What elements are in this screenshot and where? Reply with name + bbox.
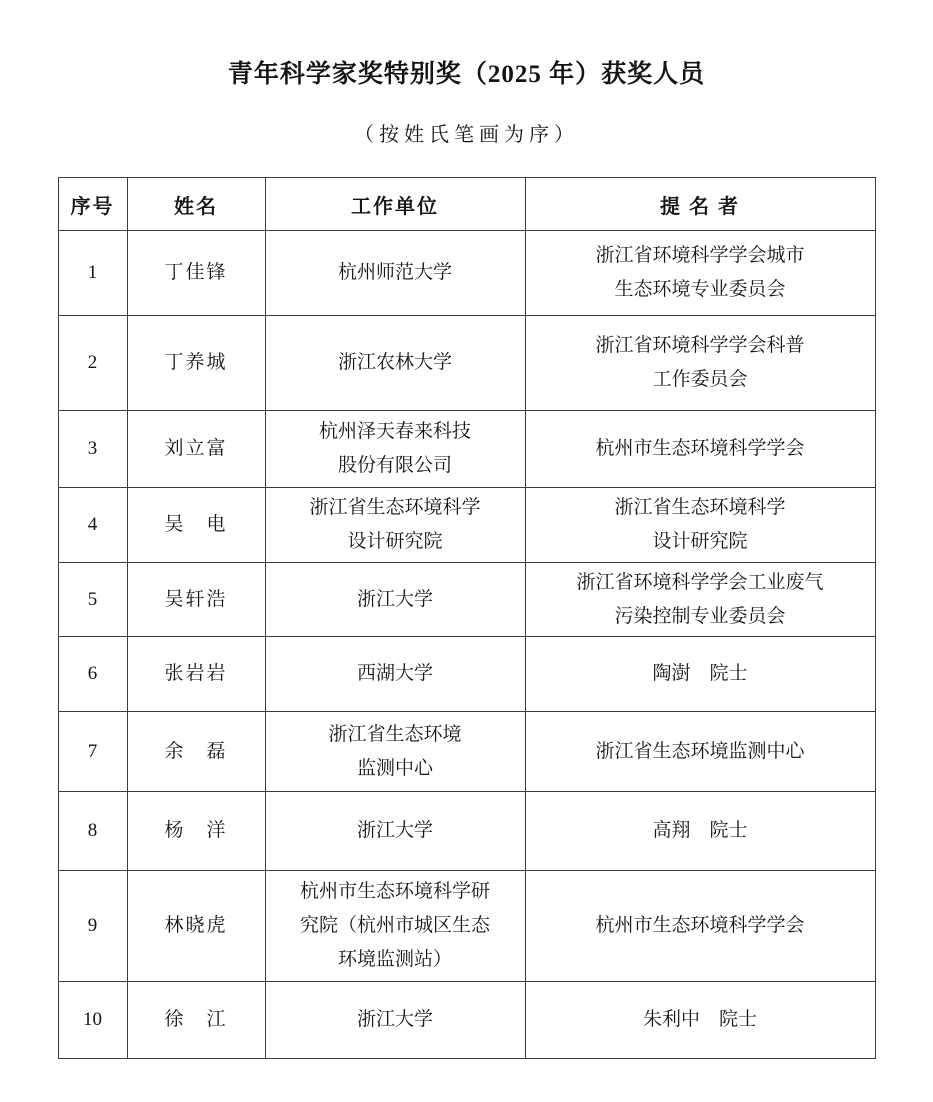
header-cell-nominator: 提 名 者 bbox=[525, 178, 875, 231]
serial-cell: 4 bbox=[58, 488, 127, 563]
document-page: 青年科学家奖特别奖（2025 年）获奖人员 （按姓氏笔画为序） 序号 姓名 工作… bbox=[0, 0, 933, 1059]
nominator-cell: 浙江省环境科学学会科普 工作委员会 bbox=[525, 316, 875, 411]
nominator-cell: 浙江省环境科学学会工业废气 污染控制专业委员会 bbox=[525, 563, 875, 637]
awards-table: 序号 姓名 工作单位 提 名 者 1 丁佳锋 杭州师范大学 浙江省环境科学学会城… bbox=[58, 177, 876, 1059]
name-cell: 徐 江 bbox=[127, 982, 265, 1059]
serial-cell: 10 bbox=[58, 982, 127, 1059]
serial-cell: 6 bbox=[58, 637, 127, 712]
unit-cell: 浙江大学 bbox=[265, 982, 525, 1059]
nominator-cell: 杭州市生态环境科学学会 bbox=[525, 871, 875, 982]
page-subtitle: （按姓氏笔画为序） bbox=[0, 118, 933, 147]
nominator-cell: 浙江省环境科学学会城市 生态环境专业委员会 bbox=[525, 231, 875, 316]
table-row: 1 丁佳锋 杭州师范大学 浙江省环境科学学会城市 生态环境专业委员会 bbox=[58, 231, 875, 316]
name-cell: 吴 电 bbox=[127, 488, 265, 563]
table-row: 7 余 磊 浙江省生态环境 监测中心 浙江省生态环境监测中心 bbox=[58, 712, 875, 792]
serial-cell: 7 bbox=[58, 712, 127, 792]
unit-cell: 杭州市生态环境科学研 究院（杭州市城区生态 环境监测站） bbox=[265, 871, 525, 982]
name-cell: 吴轩浩 bbox=[127, 563, 265, 637]
table-row: 6 张岩岩 西湖大学 陶澍 院士 bbox=[58, 637, 875, 712]
serial-cell: 2 bbox=[58, 316, 127, 411]
header-cell-name: 姓名 bbox=[127, 178, 265, 231]
serial-cell: 5 bbox=[58, 563, 127, 637]
nominator-cell: 浙江省生态环境科学 设计研究院 bbox=[525, 488, 875, 563]
serial-cell: 8 bbox=[58, 792, 127, 871]
name-cell: 丁养城 bbox=[127, 316, 265, 411]
table-row: 9 林晓虎 杭州市生态环境科学研 究院（杭州市城区生态 环境监测站） 杭州市生态… bbox=[58, 871, 875, 982]
table-row: 5 吴轩浩 浙江大学 浙江省环境科学学会工业废气 污染控制专业委员会 bbox=[58, 563, 875, 637]
table-row: 4 吴 电 浙江省生态环境科学 设计研究院 浙江省生态环境科学 设计研究院 bbox=[58, 488, 875, 563]
header-cell-serial: 序号 bbox=[58, 178, 127, 231]
unit-cell: 浙江大学 bbox=[265, 792, 525, 871]
unit-cell: 浙江农林大学 bbox=[265, 316, 525, 411]
unit-cell: 西湖大学 bbox=[265, 637, 525, 712]
unit-cell: 浙江省生态环境科学 设计研究院 bbox=[265, 488, 525, 563]
table-row: 8 杨 洋 浙江大学 高翔 院士 bbox=[58, 792, 875, 871]
header-cell-unit: 工作单位 bbox=[265, 178, 525, 231]
name-cell: 林晓虎 bbox=[127, 871, 265, 982]
name-cell: 余 磊 bbox=[127, 712, 265, 792]
table-header-row: 序号 姓名 工作单位 提 名 者 bbox=[58, 178, 875, 231]
nominator-cell: 浙江省生态环境监测中心 bbox=[525, 712, 875, 792]
table-row: 3 刘立富 杭州泽天春来科技 股份有限公司 杭州市生态环境科学学会 bbox=[58, 411, 875, 488]
unit-cell: 浙江省生态环境 监测中心 bbox=[265, 712, 525, 792]
table-row: 2 丁养城 浙江农林大学 浙江省环境科学学会科普 工作委员会 bbox=[58, 316, 875, 411]
nominator-cell: 杭州市生态环境科学学会 bbox=[525, 411, 875, 488]
name-cell: 张岩岩 bbox=[127, 637, 265, 712]
name-cell: 杨 洋 bbox=[127, 792, 265, 871]
nominator-cell: 高翔 院士 bbox=[525, 792, 875, 871]
page-title: 青年科学家奖特别奖（2025 年）获奖人员 bbox=[0, 54, 933, 90]
serial-cell: 1 bbox=[58, 231, 127, 316]
name-cell: 刘立富 bbox=[127, 411, 265, 488]
name-cell: 丁佳锋 bbox=[127, 231, 265, 316]
nominator-cell: 朱利中 院士 bbox=[525, 982, 875, 1059]
serial-cell: 3 bbox=[58, 411, 127, 488]
table-row: 10 徐 江 浙江大学 朱利中 院士 bbox=[58, 982, 875, 1059]
nominator-cell: 陶澍 院士 bbox=[525, 637, 875, 712]
unit-cell: 杭州师范大学 bbox=[265, 231, 525, 316]
serial-cell: 9 bbox=[58, 871, 127, 982]
unit-cell: 杭州泽天春来科技 股份有限公司 bbox=[265, 411, 525, 488]
unit-cell: 浙江大学 bbox=[265, 563, 525, 637]
